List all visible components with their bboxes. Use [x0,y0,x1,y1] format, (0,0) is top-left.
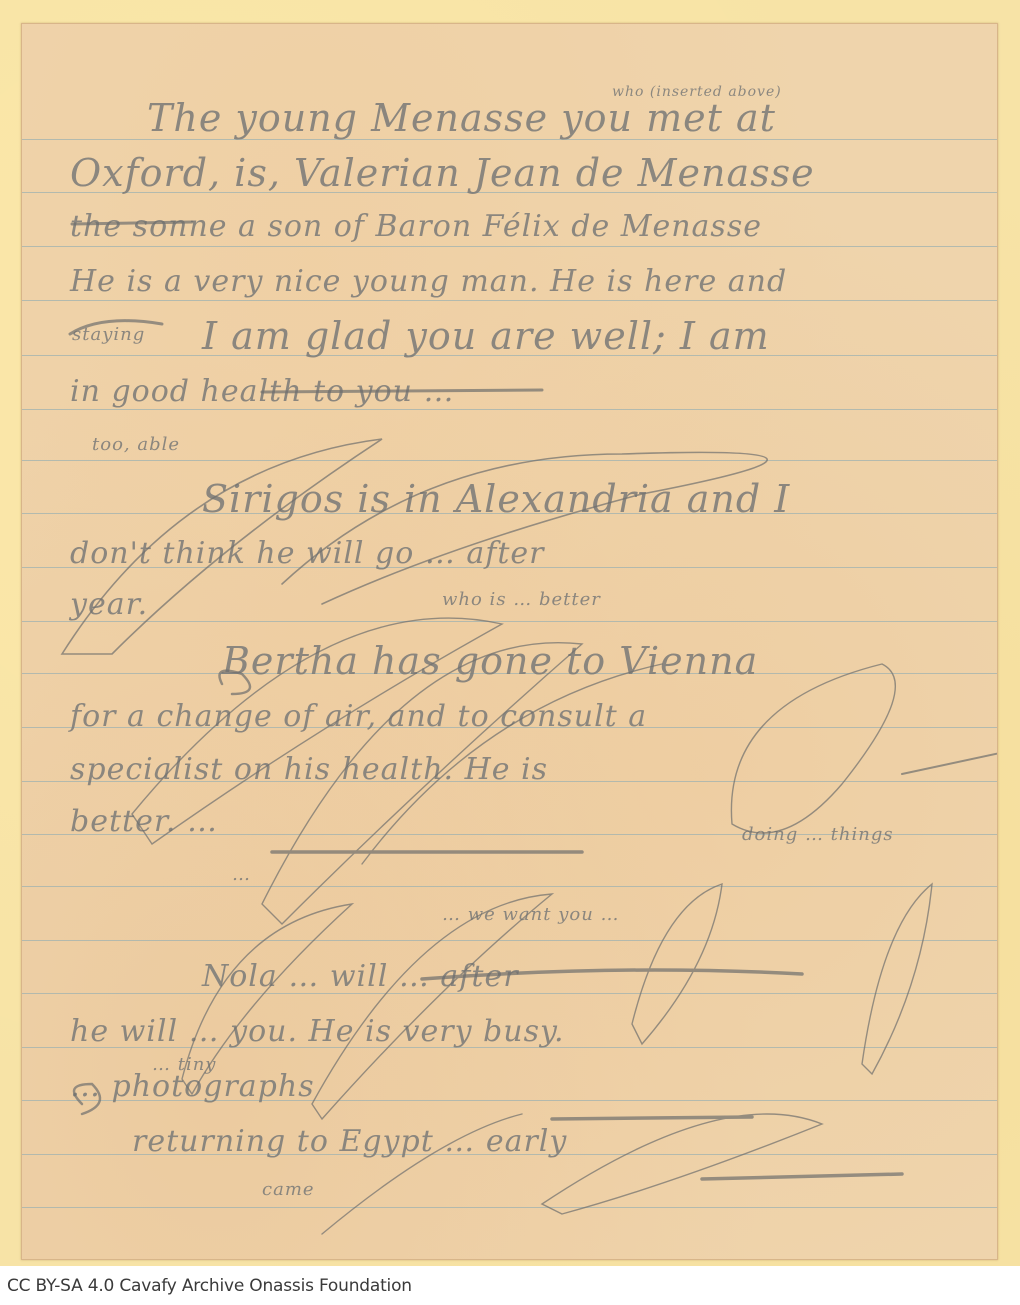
ruled-line [22,460,997,461]
handwritten-line: The young Menasse you met at [147,96,776,140]
handwritten-line: don't think he will go … after [70,536,545,571]
interlinear-insertion: … we want you … [442,904,620,925]
handwritten-line: he will … you. He is very busy. [70,1014,564,1049]
handwritten-fragment: came [262,1179,315,1200]
license-caption: CC BY-SA 4.0 Cavafy Archive Onassis Foun… [7,1276,412,1296]
handwritten-line: year. [70,587,148,622]
handwritten-line: Oxford, is, Valerian Jean de Menasse [70,151,815,195]
handwritten-fragment: … [232,864,251,885]
margin-note: doing … things [742,824,894,845]
handwritten-line: returning to Egypt … early [132,1124,567,1159]
handwritten-line: He is a very nice young man. He is here … [70,264,787,299]
handwritten-line: in good health to you … [70,374,455,409]
handwritten-line: Sirigos is in Alexandria and I [202,477,790,521]
handwritten-line: Bertha has gone to Vienna [222,639,758,683]
margin-note: too, able [92,434,180,455]
handwritten-line: I am glad you are well; I am [202,314,770,358]
handwritten-line: better. … [70,804,218,839]
ruled-line [22,621,997,622]
ruled-line [22,886,997,887]
ruled-line [22,246,997,247]
manuscript-sheet: who (inserted above) The young Menasse y… [21,23,998,1260]
handwritten-line: the sonne a son of Baron Félix de Menass… [70,209,762,244]
ruled-line [22,300,997,301]
ruled-line [22,409,997,410]
interlinear-insertion: who is … better [442,589,601,610]
handwritten-line: specialist on his health. He is [70,752,548,787]
ruled-line [22,940,997,941]
handwritten-line: … photographs [70,1069,315,1104]
handwritten-line: for a change of air, and to consult a [70,699,647,734]
struck-word: staying [72,324,145,345]
ruled-line [22,1207,997,1208]
handwritten-line: Nola … will … after [202,959,519,994]
